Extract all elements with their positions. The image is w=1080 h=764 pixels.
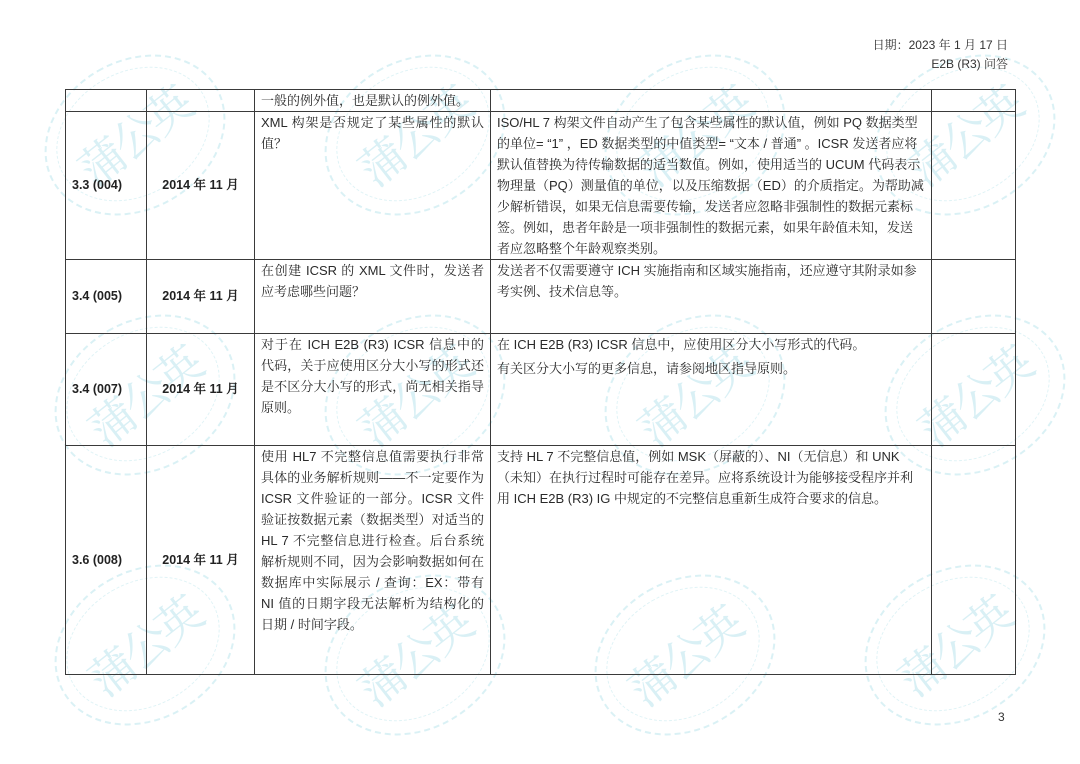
answer-paragraph: 支持 HL 7 不完整信息值，例如 MSK（屏蔽的）、NI（无信息）和 UNK（…: [497, 446, 925, 509]
row-answer-cell: ISO/HL 7 构架文件自动产生了包含某些属性的默认值，例如 PQ 数据类型的…: [491, 112, 932, 260]
table-row: 3.3 (004) 2014 年 11 月 XML 构架是否规定了某些属性的默认…: [66, 112, 1016, 260]
answer-paragraph: 在 ICH E2B (R3) ICSR 信息中，应使用区分大小写形式的代码。: [497, 334, 925, 355]
row-id-cell: 3.4 (005): [66, 260, 147, 334]
answer-paragraph: ISO/HL 7 构架文件自动产生了包含某些属性的默认值，例如 PQ 数据类型的…: [497, 112, 925, 259]
table-row: 一般的例外值，也是默认的例外值。: [66, 90, 1016, 112]
row-id-cell: 3.6 (008): [66, 446, 147, 675]
row-date-cell: 2014 年 11 月: [147, 446, 255, 675]
row-answer-cell: [491, 90, 932, 112]
row-date-cell: 2014 年 11 月: [147, 112, 255, 260]
row-id-cell: 3.3 (004): [66, 112, 147, 260]
row-question-cell: 对于在 ICH E2B (R3) ICSR 信息中的代码，关于应使用区分大小写的…: [255, 334, 491, 446]
row-question-cell: 在创建 ICSR 的 XML 文件时，发送者应考虑哪些问题？: [255, 260, 491, 334]
header-doc-title: E2B (R3) 问答: [873, 55, 1008, 74]
row-id-cell: 3.4 (007): [66, 334, 147, 446]
row-note-cell: [932, 334, 1016, 446]
qa-table: 一般的例外值，也是默认的例外值。 3.3 (004) 2014 年 11 月 X…: [65, 89, 1016, 675]
table-row: 3.4 (005) 2014 年 11 月 在创建 ICSR 的 XML 文件时…: [66, 260, 1016, 334]
table-row: 3.4 (007) 2014 年 11 月 对于在 ICH E2B (R3) I…: [66, 334, 1016, 446]
row-date-cell: [147, 90, 255, 112]
row-note-cell: [932, 446, 1016, 675]
row-note-cell: [932, 90, 1016, 112]
row-answer-cell: 发送者不仅需要遵守 ICH 实施指南和区域实施指南，还应遵守其附录如参考实例、技…: [491, 260, 932, 334]
row-question-cell: 一般的例外值，也是默认的例外值。: [255, 90, 491, 112]
row-note-cell: [932, 260, 1016, 334]
page-header: 日期：2023 年 1 月 17 日 E2B (R3) 问答: [873, 36, 1008, 74]
row-note-cell: [932, 112, 1016, 260]
page-number: 3: [998, 710, 1005, 724]
table-row: 3.6 (008) 2014 年 11 月 使用 HL7 不完整信息值需要执行非…: [66, 446, 1016, 675]
row-date-cell: 2014 年 11 月: [147, 334, 255, 446]
row-question-cell: 使用 HL7 不完整信息值需要执行非常具体的业务解析规则——不一定要作为 ICS…: [255, 446, 491, 675]
answer-paragraph: 发送者不仅需要遵守 ICH 实施指南和区域实施指南，还应遵守其附录如参考实例、技…: [497, 260, 925, 302]
answer-paragraph: 有关区分大小写的更多信息，请参阅地区指导原则。: [497, 358, 925, 379]
header-date: 日期：2023 年 1 月 17 日: [873, 36, 1008, 55]
row-question-cell: XML 构架是否规定了某些属性的默认值？: [255, 112, 491, 260]
row-date-cell: 2014 年 11 月: [147, 260, 255, 334]
row-id-cell: [66, 90, 147, 112]
row-answer-cell: 支持 HL 7 不完整信息值，例如 MSK（屏蔽的）、NI（无信息）和 UNK（…: [491, 446, 932, 675]
row-answer-cell: 在 ICH E2B (R3) ICSR 信息中，应使用区分大小写形式的代码。 有…: [491, 334, 932, 446]
